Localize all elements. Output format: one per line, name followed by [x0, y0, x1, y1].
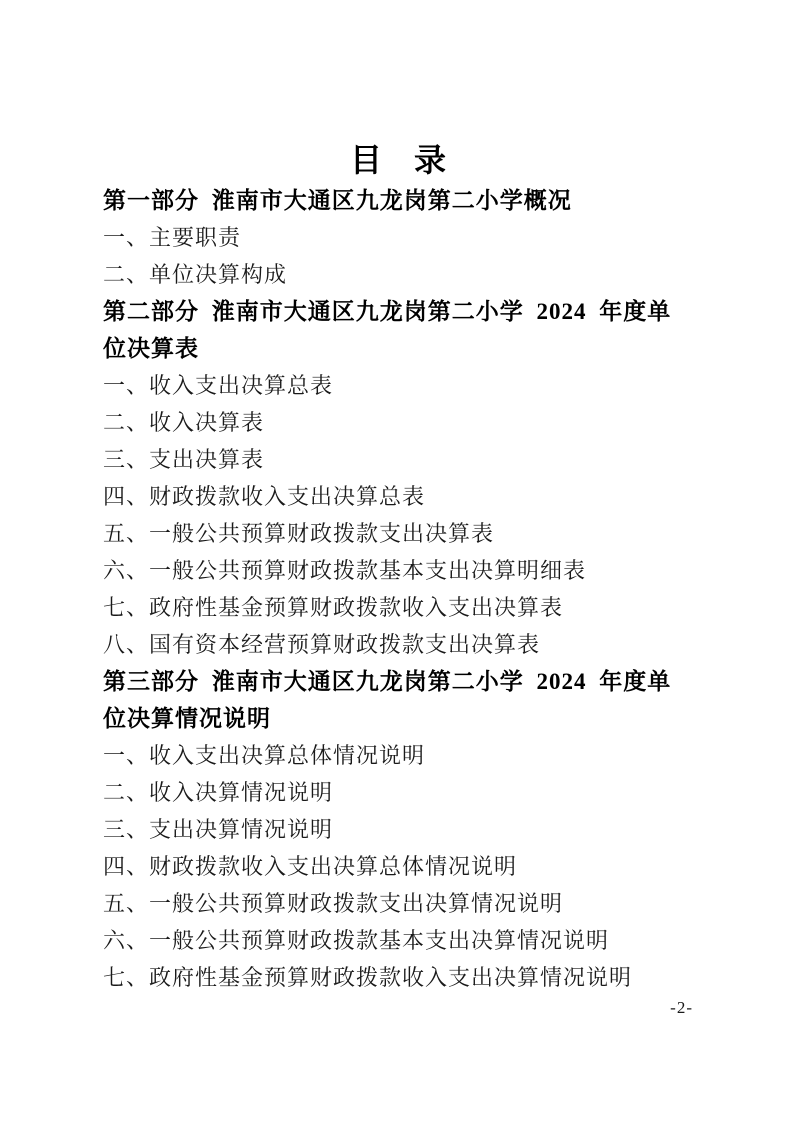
page-number: -2-	[103, 997, 693, 1018]
toc-section: 第三部分 淮南市大通区九龙岗第二小学 2024 年度单位决算情况说明一、收入支出…	[103, 663, 693, 996]
toc-item: 二、收入决算表	[103, 404, 693, 441]
page-title: 目 录	[103, 138, 693, 182]
toc-section: 第二部分 淮南市大通区九龙岗第二小学 2024 年度单位决算表一、收入支出决算总…	[103, 293, 693, 663]
toc-item: 五、一般公共预算财政拨款支出决算表	[103, 515, 693, 552]
toc-item: 八、国有资本经营预算财政拨款支出决算表	[103, 626, 693, 663]
toc-item: 一、收入支出决算总表	[103, 367, 693, 404]
toc-item: 六、一般公共预算财政拨款基本支出决算明细表	[103, 552, 693, 589]
document-page: 目 录 第一部分 淮南市大通区九龙岗第二小学概况一、主要职责二、单位决算构成第二…	[0, 0, 793, 1122]
section-heading: 第一部分 淮南市大通区九龙岗第二小学概况	[103, 182, 693, 219]
toc-item: 七、政府性基金预算财政拨款收入支出决算表	[103, 589, 693, 626]
section-heading: 第二部分 淮南市大通区九龙岗第二小学 2024 年度单位决算表	[103, 293, 693, 367]
toc-item: 五、一般公共预算财政拨款支出决算情况说明	[103, 885, 693, 922]
toc-item: 四、财政拨款收入支出决算总体情况说明	[103, 848, 693, 885]
toc-item: 一、主要职责	[103, 219, 693, 256]
toc-section: 第一部分 淮南市大通区九龙岗第二小学概况一、主要职责二、单位决算构成	[103, 182, 693, 293]
toc-item: 三、支出决算表	[103, 441, 693, 478]
toc-item: 六、一般公共预算财政拨款基本支出决算情况说明	[103, 922, 693, 959]
toc-item: 七、政府性基金预算财政拨款收入支出决算情况说明	[103, 959, 693, 996]
toc-item: 二、单位决算构成	[103, 256, 693, 293]
toc-item: 一、收入支出决算总体情况说明	[103, 737, 693, 774]
toc-item: 四、财政拨款收入支出决算总表	[103, 478, 693, 515]
section-heading: 第三部分 淮南市大通区九龙岗第二小学 2024 年度单位决算情况说明	[103, 663, 693, 737]
toc-item: 三、支出决算情况说明	[103, 811, 693, 848]
toc: 第一部分 淮南市大通区九龙岗第二小学概况一、主要职责二、单位决算构成第二部分 淮…	[103, 182, 693, 996]
toc-item: 二、收入决算情况说明	[103, 774, 693, 811]
